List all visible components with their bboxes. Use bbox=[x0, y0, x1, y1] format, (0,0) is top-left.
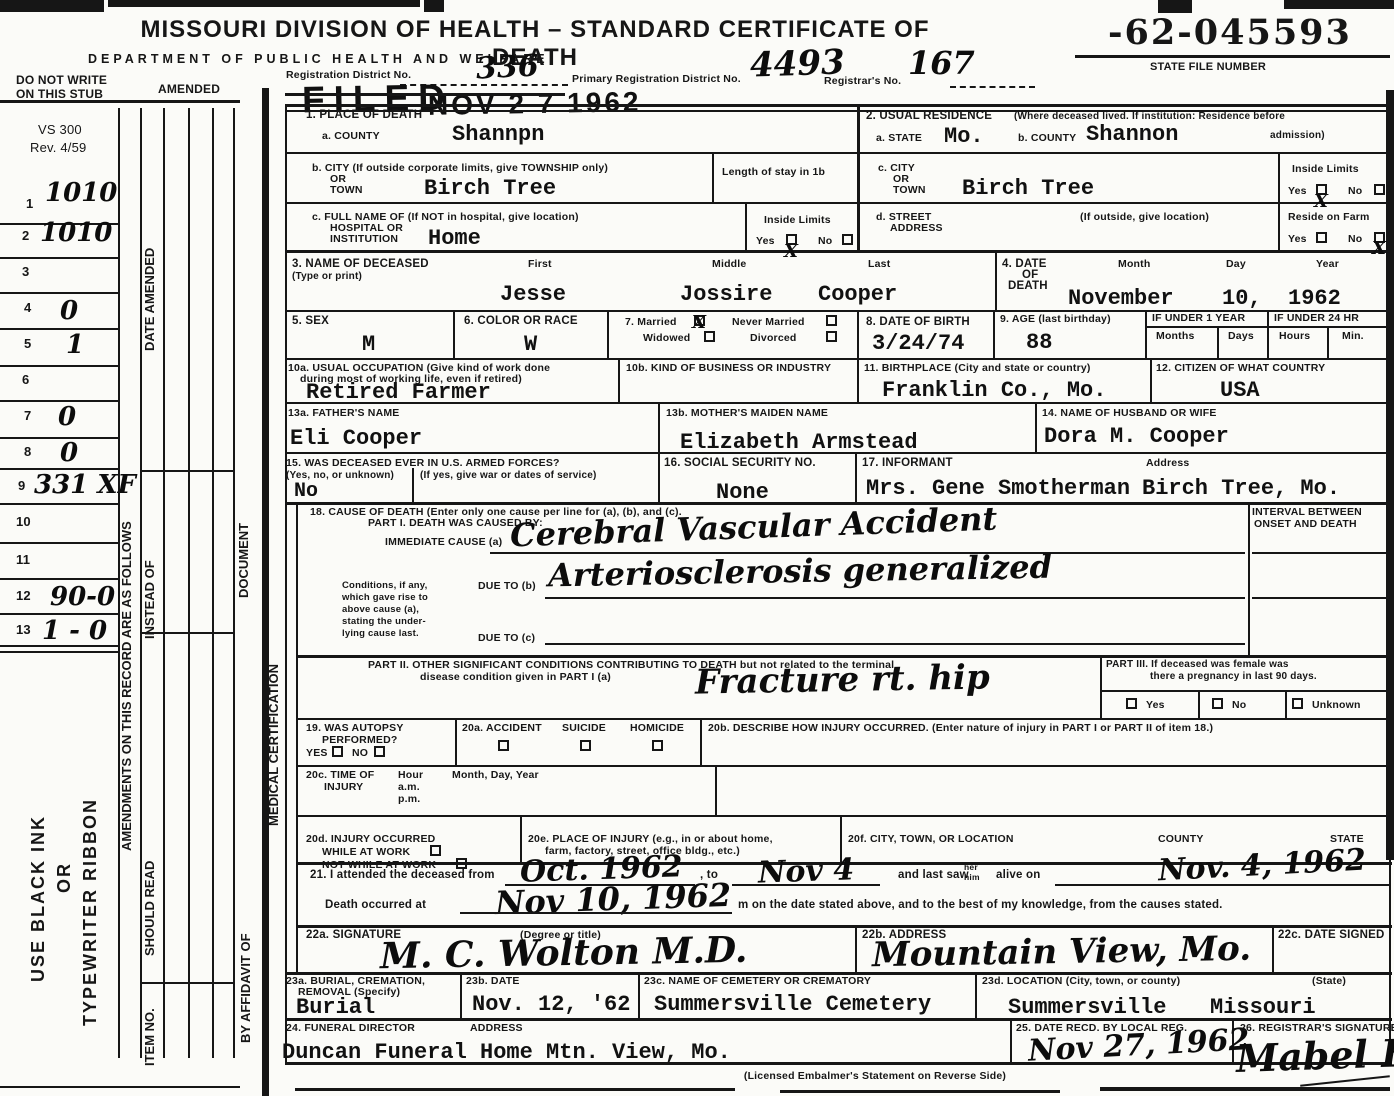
stub-row-num: 6 bbox=[22, 372, 29, 388]
divider bbox=[1278, 152, 1280, 252]
divider bbox=[1100, 655, 1102, 720]
write-line bbox=[1055, 884, 1390, 886]
cemetery-value: Summersville Cemetery bbox=[654, 992, 931, 1017]
item1-county-label: a. COUNTY bbox=[322, 130, 380, 143]
item1-institution: INSTITUTION bbox=[330, 233, 398, 246]
sex-label: 5. SEX bbox=[292, 315, 329, 329]
pregnancy-no-label: No bbox=[1232, 699, 1246, 712]
death-occurred-value: Nov 10, 1962 bbox=[494, 876, 731, 922]
part2-value: Fracture rt. hip bbox=[695, 657, 990, 702]
cemetery-label: 23c. NAME OF CEMETERY OR CREMATORY bbox=[644, 975, 871, 988]
sex-value: M bbox=[362, 332, 375, 357]
divider bbox=[618, 358, 620, 404]
day-label: Day bbox=[1226, 258, 1246, 271]
burial-date-value: Nov. 12, '62 bbox=[472, 992, 630, 1017]
divider bbox=[857, 104, 860, 252]
burial-date-label: 23b. DATE bbox=[466, 975, 520, 988]
stub-by-affidavit-label: BY AFFIDAVIT OF bbox=[238, 912, 262, 1064]
divider bbox=[995, 250, 997, 312]
interval-label-1: INTERVAL BETWEEN bbox=[1252, 506, 1362, 519]
attended-text-3: and last saw bbox=[898, 869, 969, 883]
divider bbox=[296, 718, 1392, 720]
stub-document-label: DOCUMENT bbox=[236, 488, 260, 633]
married-label: 7. Married bbox=[625, 316, 677, 329]
last-label: Last bbox=[868, 258, 890, 271]
hours-label: Hours bbox=[1279, 330, 1310, 343]
time-of-injury-label-1: 20c. TIME OF bbox=[306, 769, 374, 782]
scan-artifact bbox=[1100, 1087, 1390, 1091]
divider bbox=[0, 651, 118, 653]
registration-district-value: 336 bbox=[475, 48, 539, 86]
am-label: a.m. bbox=[398, 781, 420, 794]
stub-amended-label: AMENDED bbox=[158, 82, 220, 96]
pregnancy-yes-checkbox bbox=[1126, 698, 1137, 709]
age-value: 88 bbox=[1026, 330, 1052, 355]
part3-label-1: PART III. If deceased was female was bbox=[1106, 659, 1289, 671]
pregnancy-unknown-checkbox bbox=[1292, 698, 1303, 709]
use-black-ink-label: USE BLACK INK bbox=[28, 778, 56, 1018]
divider bbox=[233, 108, 235, 1058]
form-revision: Rev. 4/59 bbox=[30, 140, 86, 156]
spouse-label: 14. NAME OF HUSBAND OR WIFE bbox=[1042, 407, 1217, 420]
stub-row-value: 0 bbox=[60, 438, 78, 468]
divider bbox=[993, 310, 995, 360]
attended-text-5: m on the date stated above, and to the b… bbox=[738, 899, 1223, 913]
registrar-no-label: Registrar's No. bbox=[824, 75, 901, 88]
divider bbox=[1248, 502, 1250, 657]
farm-yes-checkbox bbox=[1316, 232, 1327, 243]
mother-value: Elizabeth Armstead bbox=[680, 430, 918, 455]
county-header-label: COUNTY bbox=[1158, 833, 1204, 846]
item1-city-value: Birch Tree bbox=[424, 176, 556, 201]
stub-instead-of-label: INSTEAD OF bbox=[142, 500, 163, 700]
form-left-border bbox=[285, 104, 287, 1062]
divider bbox=[453, 310, 455, 360]
occupation-value: Retired Farmer bbox=[306, 380, 491, 405]
divider bbox=[1285, 690, 1287, 720]
divider bbox=[1145, 326, 1392, 328]
form-top-border bbox=[285, 104, 1392, 107]
first-label: First bbox=[528, 258, 552, 271]
stub-row-num: 13 bbox=[16, 622, 31, 638]
item1-no-label: No bbox=[818, 235, 832, 248]
accident-label: 20a. ACCIDENT bbox=[462, 722, 542, 735]
divider bbox=[455, 718, 457, 767]
divider bbox=[0, 328, 118, 330]
location-city-value: Summersville bbox=[1008, 995, 1166, 1020]
her-label: her bbox=[964, 862, 978, 872]
divider bbox=[855, 925, 857, 974]
scan-artifact bbox=[1284, 0, 1394, 9]
conditions-note-3: above cause (a), bbox=[342, 604, 419, 615]
stub-row-num: 2 bbox=[22, 228, 29, 244]
stub-row-num: 10 bbox=[16, 514, 31, 530]
autopsy-label-2: PERFORMED? bbox=[322, 734, 398, 747]
attended-text-1: 21. I attended the deceased from bbox=[310, 869, 495, 883]
armed-forces-label: 15. WAS DECEASED EVER IN U.S. ARMED FORC… bbox=[286, 457, 560, 470]
divider bbox=[1100, 690, 1392, 692]
stub-row-num: 8 bbox=[24, 444, 31, 460]
divider bbox=[607, 310, 609, 360]
item2-county-value: Shannon bbox=[1086, 122, 1178, 147]
item1-title: 1. PLACE OF DEATH bbox=[306, 109, 422, 123]
write-line bbox=[545, 597, 1245, 599]
attended-text-4: alive on bbox=[996, 869, 1040, 883]
x-mark: X bbox=[1314, 191, 1328, 212]
write-line bbox=[460, 912, 732, 914]
item2-yes-label: Yes bbox=[1288, 185, 1307, 198]
divider bbox=[412, 468, 414, 502]
stub-row-value: 1010 bbox=[45, 178, 117, 208]
divider bbox=[975, 972, 977, 1020]
divider bbox=[296, 815, 1392, 817]
funeral-director-label: 24. FUNERAL DIRECTOR bbox=[286, 1022, 415, 1035]
death-year-value: 1962 bbox=[1288, 286, 1341, 311]
pregnancy-no-checkbox bbox=[1212, 698, 1223, 709]
item2-street-note: (If outside, give location) bbox=[1080, 211, 1209, 224]
divider bbox=[712, 152, 714, 204]
months-label: Months bbox=[1156, 330, 1195, 343]
stub-row-num: 4 bbox=[24, 300, 31, 316]
describe-injury-label: 20b. DESCRIBE HOW INJURY OCCURRED. (Ente… bbox=[708, 722, 1213, 735]
dob-value: 3/24/74 bbox=[872, 331, 964, 356]
race-label: 6. COLOR OR RACE bbox=[464, 315, 578, 329]
item1-city-label: b. CITY (If outside corporate limits, gi… bbox=[312, 162, 608, 175]
item2-inside-limits-label: Inside Limits bbox=[1292, 163, 1359, 176]
scan-artifact bbox=[424, 0, 444, 12]
scan-artifact bbox=[0, 0, 104, 12]
stub-row-value: 1 - 0 bbox=[42, 616, 107, 646]
divorced-label: Divorced bbox=[750, 332, 797, 345]
autopsy-label-1: 19. WAS AUTOPSY bbox=[306, 722, 404, 735]
location-state-label: (State) bbox=[1312, 975, 1346, 988]
divider bbox=[1198, 690, 1200, 720]
him-label: him bbox=[964, 872, 980, 882]
x-mark: X bbox=[1372, 238, 1386, 259]
divider bbox=[296, 765, 1392, 767]
father-label: 13a. FATHER'S NAME bbox=[288, 407, 400, 420]
mother-label: 13b. MOTHER'S MAIDEN NAME bbox=[666, 407, 828, 420]
scan-artifact bbox=[295, 1088, 735, 1091]
form-code: VS 300 bbox=[38, 122, 82, 138]
farm-yes-label: Yes bbox=[1288, 233, 1307, 246]
date-signed-label: 22c. DATE SIGNED bbox=[1278, 929, 1385, 943]
age-label: 9. AGE (last birthday) bbox=[1000, 313, 1111, 326]
write-line bbox=[1252, 552, 1390, 554]
fill-line bbox=[950, 86, 1035, 88]
accident-checkbox bbox=[498, 740, 509, 751]
item1-yes-label: Yes bbox=[756, 235, 775, 248]
burial-value: Burial bbox=[296, 995, 375, 1020]
never-married-label: Never Married bbox=[732, 316, 805, 329]
x-mark: X bbox=[692, 312, 706, 333]
item2-address-label: ADDRESS bbox=[890, 222, 943, 235]
stub-do-not-write: DO NOT WRITE ON THIS STUB bbox=[16, 74, 107, 102]
stub-row-num: 1 bbox=[26, 196, 33, 212]
funeral-address-label: ADDRESS bbox=[470, 1022, 523, 1035]
location-label: 23d. LOCATION (City, town, or county) bbox=[982, 975, 1180, 988]
autopsy-no-label: NO bbox=[352, 747, 368, 760]
item2-city-value: Birch Tree bbox=[962, 176, 1094, 201]
pregnancy-unknown-label: Unknown bbox=[1312, 699, 1361, 712]
conditions-note: Conditions, if any, which gave rise to a… bbox=[342, 580, 428, 639]
death-occurred-label: Death occurred at bbox=[325, 899, 426, 913]
last-alive-value: Nov. 4, 1962 bbox=[1157, 843, 1367, 889]
divider bbox=[285, 152, 1392, 154]
divider bbox=[0, 365, 118, 367]
scan-artifact bbox=[780, 1090, 1060, 1093]
divider bbox=[0, 292, 118, 294]
item2-state-value: Mo. bbox=[944, 124, 984, 149]
farm-no-label: No bbox=[1348, 233, 1362, 246]
divider bbox=[296, 655, 1392, 658]
stub-row-value: 0 bbox=[60, 296, 78, 326]
injury-occurred-label: 20d. INJURY OCCURRED bbox=[306, 833, 435, 846]
while-at-work-checkbox bbox=[430, 845, 441, 856]
item2-county-label: b. COUNTY bbox=[1018, 132, 1076, 145]
ssn-label: 16. SOCIAL SECURITY NO. bbox=[664, 457, 816, 471]
race-value: W bbox=[524, 332, 537, 357]
state-file-number-label: STATE FILE NUMBER bbox=[1150, 61, 1266, 74]
divider bbox=[715, 765, 717, 817]
business-label: 10b. KIND OF BUSINESS OR INDUSTRY bbox=[626, 362, 831, 375]
divider bbox=[460, 972, 462, 1020]
divider bbox=[658, 402, 660, 454]
spouse-value: Dora M. Cooper bbox=[1044, 424, 1229, 449]
min-label: Min. bbox=[1342, 330, 1364, 343]
divider bbox=[1035, 402, 1037, 454]
informant-address-value: Birch Tree, Mo. bbox=[1142, 476, 1340, 501]
divider bbox=[0, 578, 118, 580]
divider bbox=[285, 93, 565, 96]
under-1yr-label: IF UNDER 1 YEAR bbox=[1152, 312, 1245, 325]
funeral-director-value: Duncan Funeral Home Mtn. View, Mo. bbox=[282, 1040, 731, 1065]
item1-hospital-value: Home bbox=[428, 226, 481, 251]
embalmer-footer: (Licensed Embalmer's Statement on Revers… bbox=[700, 1070, 1050, 1083]
stub-amendments-label: AMENDMENTS ON THIS RECORD ARE AS FOLLOWS bbox=[119, 330, 140, 1042]
divider bbox=[857, 358, 859, 404]
widowed-label: Widowed bbox=[643, 332, 690, 345]
death-certificate-scan: MISSOURI DIVISION OF HEALTH – STANDARD C… bbox=[0, 0, 1394, 1096]
item3-title: 3. NAME OF DECEASED bbox=[292, 258, 429, 272]
reside-on-farm-label: Reside on Farm bbox=[1288, 211, 1370, 224]
physician-signature: M. C. Wolton M.D. bbox=[380, 929, 748, 977]
location-state-value: Missouri bbox=[1210, 995, 1316, 1020]
divider bbox=[1267, 310, 1269, 360]
conditions-note-4: stating the under- bbox=[342, 616, 426, 627]
due-to-b-label: DUE TO (b) bbox=[478, 580, 536, 593]
item2-state-label: a. STATE bbox=[876, 132, 922, 145]
item1-inside-limits-label: Inside Limits bbox=[764, 214, 831, 227]
autopsy-no-checkbox bbox=[374, 746, 385, 757]
scan-artifact bbox=[108, 0, 420, 7]
stub-row-value: 0 bbox=[58, 402, 76, 432]
divider bbox=[212, 108, 214, 1058]
physician-address: Mountain View, Mo. bbox=[872, 929, 1252, 976]
divider bbox=[188, 108, 190, 1058]
divider bbox=[658, 452, 660, 504]
under-24hr-label: IF UNDER 24 HR bbox=[1274, 312, 1359, 325]
days-label: Days bbox=[1228, 330, 1254, 343]
item4-death: DEATH bbox=[1008, 280, 1048, 294]
stub-row-num: 7 bbox=[24, 408, 31, 424]
divider bbox=[857, 310, 859, 360]
registrar-signature-value: Mabel Ball bbox=[1235, 1028, 1394, 1081]
write-line bbox=[545, 643, 1245, 645]
informant-label: 17. INFORMANT bbox=[862, 457, 953, 471]
divider bbox=[1327, 326, 1329, 360]
stub-row-value: 90-0 bbox=[50, 582, 115, 612]
item2-city-town: TOWN bbox=[893, 184, 926, 197]
due-to-c-label: DUE TO (c) bbox=[478, 632, 535, 645]
first-name-value: Jesse bbox=[500, 282, 566, 307]
item1-county-value: Shannpn bbox=[452, 122, 544, 147]
dob-label: 8. DATE OF BIRTH bbox=[866, 316, 970, 330]
divider bbox=[1075, 55, 1390, 58]
write-line bbox=[732, 884, 880, 886]
year-label: Year bbox=[1316, 258, 1339, 271]
informant-value: Mrs. Gene Smotherman bbox=[866, 476, 1130, 501]
primary-registration-label: Primary Registration District No. bbox=[572, 73, 741, 86]
form-right-border bbox=[1389, 104, 1391, 1062]
middle-name-value: Jossire bbox=[680, 282, 772, 307]
suicide-checkbox bbox=[580, 740, 591, 751]
suicide-label: SUICIDE bbox=[562, 722, 606, 735]
citizen-value: USA bbox=[1220, 378, 1260, 403]
stub-row-num: 5 bbox=[24, 336, 31, 352]
length-of-stay-label: Length of stay in 1b bbox=[722, 166, 825, 179]
x-mark: X bbox=[784, 241, 798, 262]
pm-label: p.m. bbox=[398, 793, 420, 806]
immediate-cause-label: IMMEDIATE CAUSE (a) bbox=[385, 536, 502, 549]
divorced-checkbox bbox=[826, 331, 837, 342]
use-black-ink-or: OR bbox=[54, 848, 78, 908]
armed-forces-note2: (If yes, give war or dates of service) bbox=[420, 470, 597, 482]
birthplace-label: 11. BIRTHPLACE (City and state or countr… bbox=[864, 362, 1091, 375]
middle-label: Middle bbox=[712, 258, 746, 271]
item2-no-label: No bbox=[1348, 185, 1362, 198]
death-day-value: 10, bbox=[1222, 286, 1262, 311]
divider bbox=[0, 437, 118, 439]
city-town-location-label: 20f. CITY, TOWN, OR LOCATION bbox=[848, 833, 1014, 846]
stub-row-num: 9 bbox=[18, 478, 25, 494]
autopsy-yes-label: YES bbox=[306, 747, 328, 760]
interval-label-2: ONSET AND DEATH bbox=[1254, 518, 1357, 531]
item2-title: 2. USUAL RESIDENCE bbox=[866, 110, 992, 124]
autopsy-yes-checkbox bbox=[332, 746, 343, 757]
divider bbox=[1217, 326, 1219, 360]
item3-note: (Type or print) bbox=[292, 271, 362, 283]
stub-row-value: 1010 bbox=[40, 218, 112, 248]
divider bbox=[0, 613, 118, 615]
pregnancy-yes-label: Yes bbox=[1146, 699, 1165, 712]
item2-inside-limits-no-checkbox bbox=[1374, 184, 1385, 195]
state-file-number: -62-045593 bbox=[1108, 12, 1352, 53]
divider bbox=[163, 108, 165, 1058]
conditions-note-1: Conditions, if any, bbox=[342, 580, 427, 591]
informant-address-label: Address bbox=[1146, 457, 1189, 470]
hour-label: Hour bbox=[398, 769, 423, 782]
birthplace-value: Franklin Co., Mo. bbox=[882, 378, 1106, 403]
part3-label-2: there a pregnancy in last 90 days. bbox=[1150, 671, 1317, 683]
last-name-value: Cooper bbox=[818, 282, 897, 307]
divider bbox=[745, 202, 747, 252]
divider bbox=[0, 100, 240, 103]
armed-forces-value: No bbox=[294, 480, 318, 503]
stub-row-num: 11 bbox=[16, 552, 30, 568]
stub-row-num: 12 bbox=[16, 588, 31, 604]
item1-city-town: TOWN bbox=[330, 184, 363, 197]
while-at-work-label: WHILE AT WORK bbox=[322, 846, 410, 859]
divider bbox=[0, 645, 118, 647]
divider bbox=[0, 257, 118, 259]
item2-note2: admission) bbox=[1270, 130, 1325, 142]
stub-date-amended-label: DATE AMENDED bbox=[142, 128, 163, 470]
stub-should-read-label: SHOULD READ bbox=[142, 838, 163, 978]
divider bbox=[0, 1086, 240, 1088]
homicide-checkbox bbox=[652, 740, 663, 751]
divider bbox=[638, 972, 640, 1020]
divider bbox=[285, 358, 1392, 360]
divider bbox=[1150, 358, 1152, 404]
divider bbox=[700, 718, 702, 767]
part2-label-2: disease condition given in PART I (a) bbox=[420, 671, 611, 684]
never-married-checkbox bbox=[826, 315, 837, 326]
divider bbox=[285, 202, 1392, 204]
stub-row-num: 3 bbox=[22, 264, 29, 280]
typewriter-ribbon-label: TYPEWRITER RIBBON bbox=[80, 756, 108, 1068]
item1-inside-limits-no-checkbox bbox=[842, 234, 853, 245]
widowed-checkbox bbox=[704, 331, 715, 342]
conditions-note-5: lying cause last. bbox=[342, 628, 419, 639]
divider bbox=[855, 452, 857, 504]
citizen-label: 12. CITIZEN OF WHAT COUNTRY bbox=[1156, 362, 1325, 375]
time-of-injury-label-2: INJURY bbox=[324, 781, 363, 794]
registrar-no-value: 167 bbox=[908, 44, 975, 82]
month-day-year-label: Month, Day, Year bbox=[452, 769, 539, 782]
divider bbox=[1145, 310, 1147, 360]
write-line bbox=[1252, 597, 1390, 599]
not-while-at-work-checkbox bbox=[456, 858, 467, 869]
stub-form-separator bbox=[262, 88, 269, 1096]
conditions-note-2: which gave rise to bbox=[342, 592, 428, 603]
divider bbox=[0, 503, 118, 505]
medical-bracket bbox=[296, 502, 298, 974]
divider bbox=[1272, 925, 1274, 974]
divider bbox=[1010, 1018, 1012, 1064]
homicide-label: HOMICIDE bbox=[630, 722, 684, 735]
due-to-b-value: Arteriosclerosis generalized bbox=[548, 548, 1052, 595]
ssn-value: None bbox=[716, 480, 769, 505]
divider bbox=[0, 542, 118, 544]
stub-do-not-write-line2: ON THIS STUB bbox=[16, 87, 103, 101]
stub-do-not-write-line1: DO NOT WRITE bbox=[16, 73, 107, 87]
stub-item-no-label: ITEM NO. bbox=[142, 994, 163, 1080]
month-label: Month bbox=[1118, 258, 1151, 271]
place-of-injury-label-1: 20e. PLACE OF INJURY (e.g., in or about … bbox=[528, 833, 773, 846]
father-value: Eli Cooper bbox=[290, 426, 422, 451]
divider bbox=[296, 925, 1392, 928]
death-month-value: November bbox=[1068, 286, 1174, 311]
medical-certification-strip: MEDICAL CERTIFICATION bbox=[266, 600, 292, 890]
stub-row-value: 1 bbox=[66, 330, 84, 360]
